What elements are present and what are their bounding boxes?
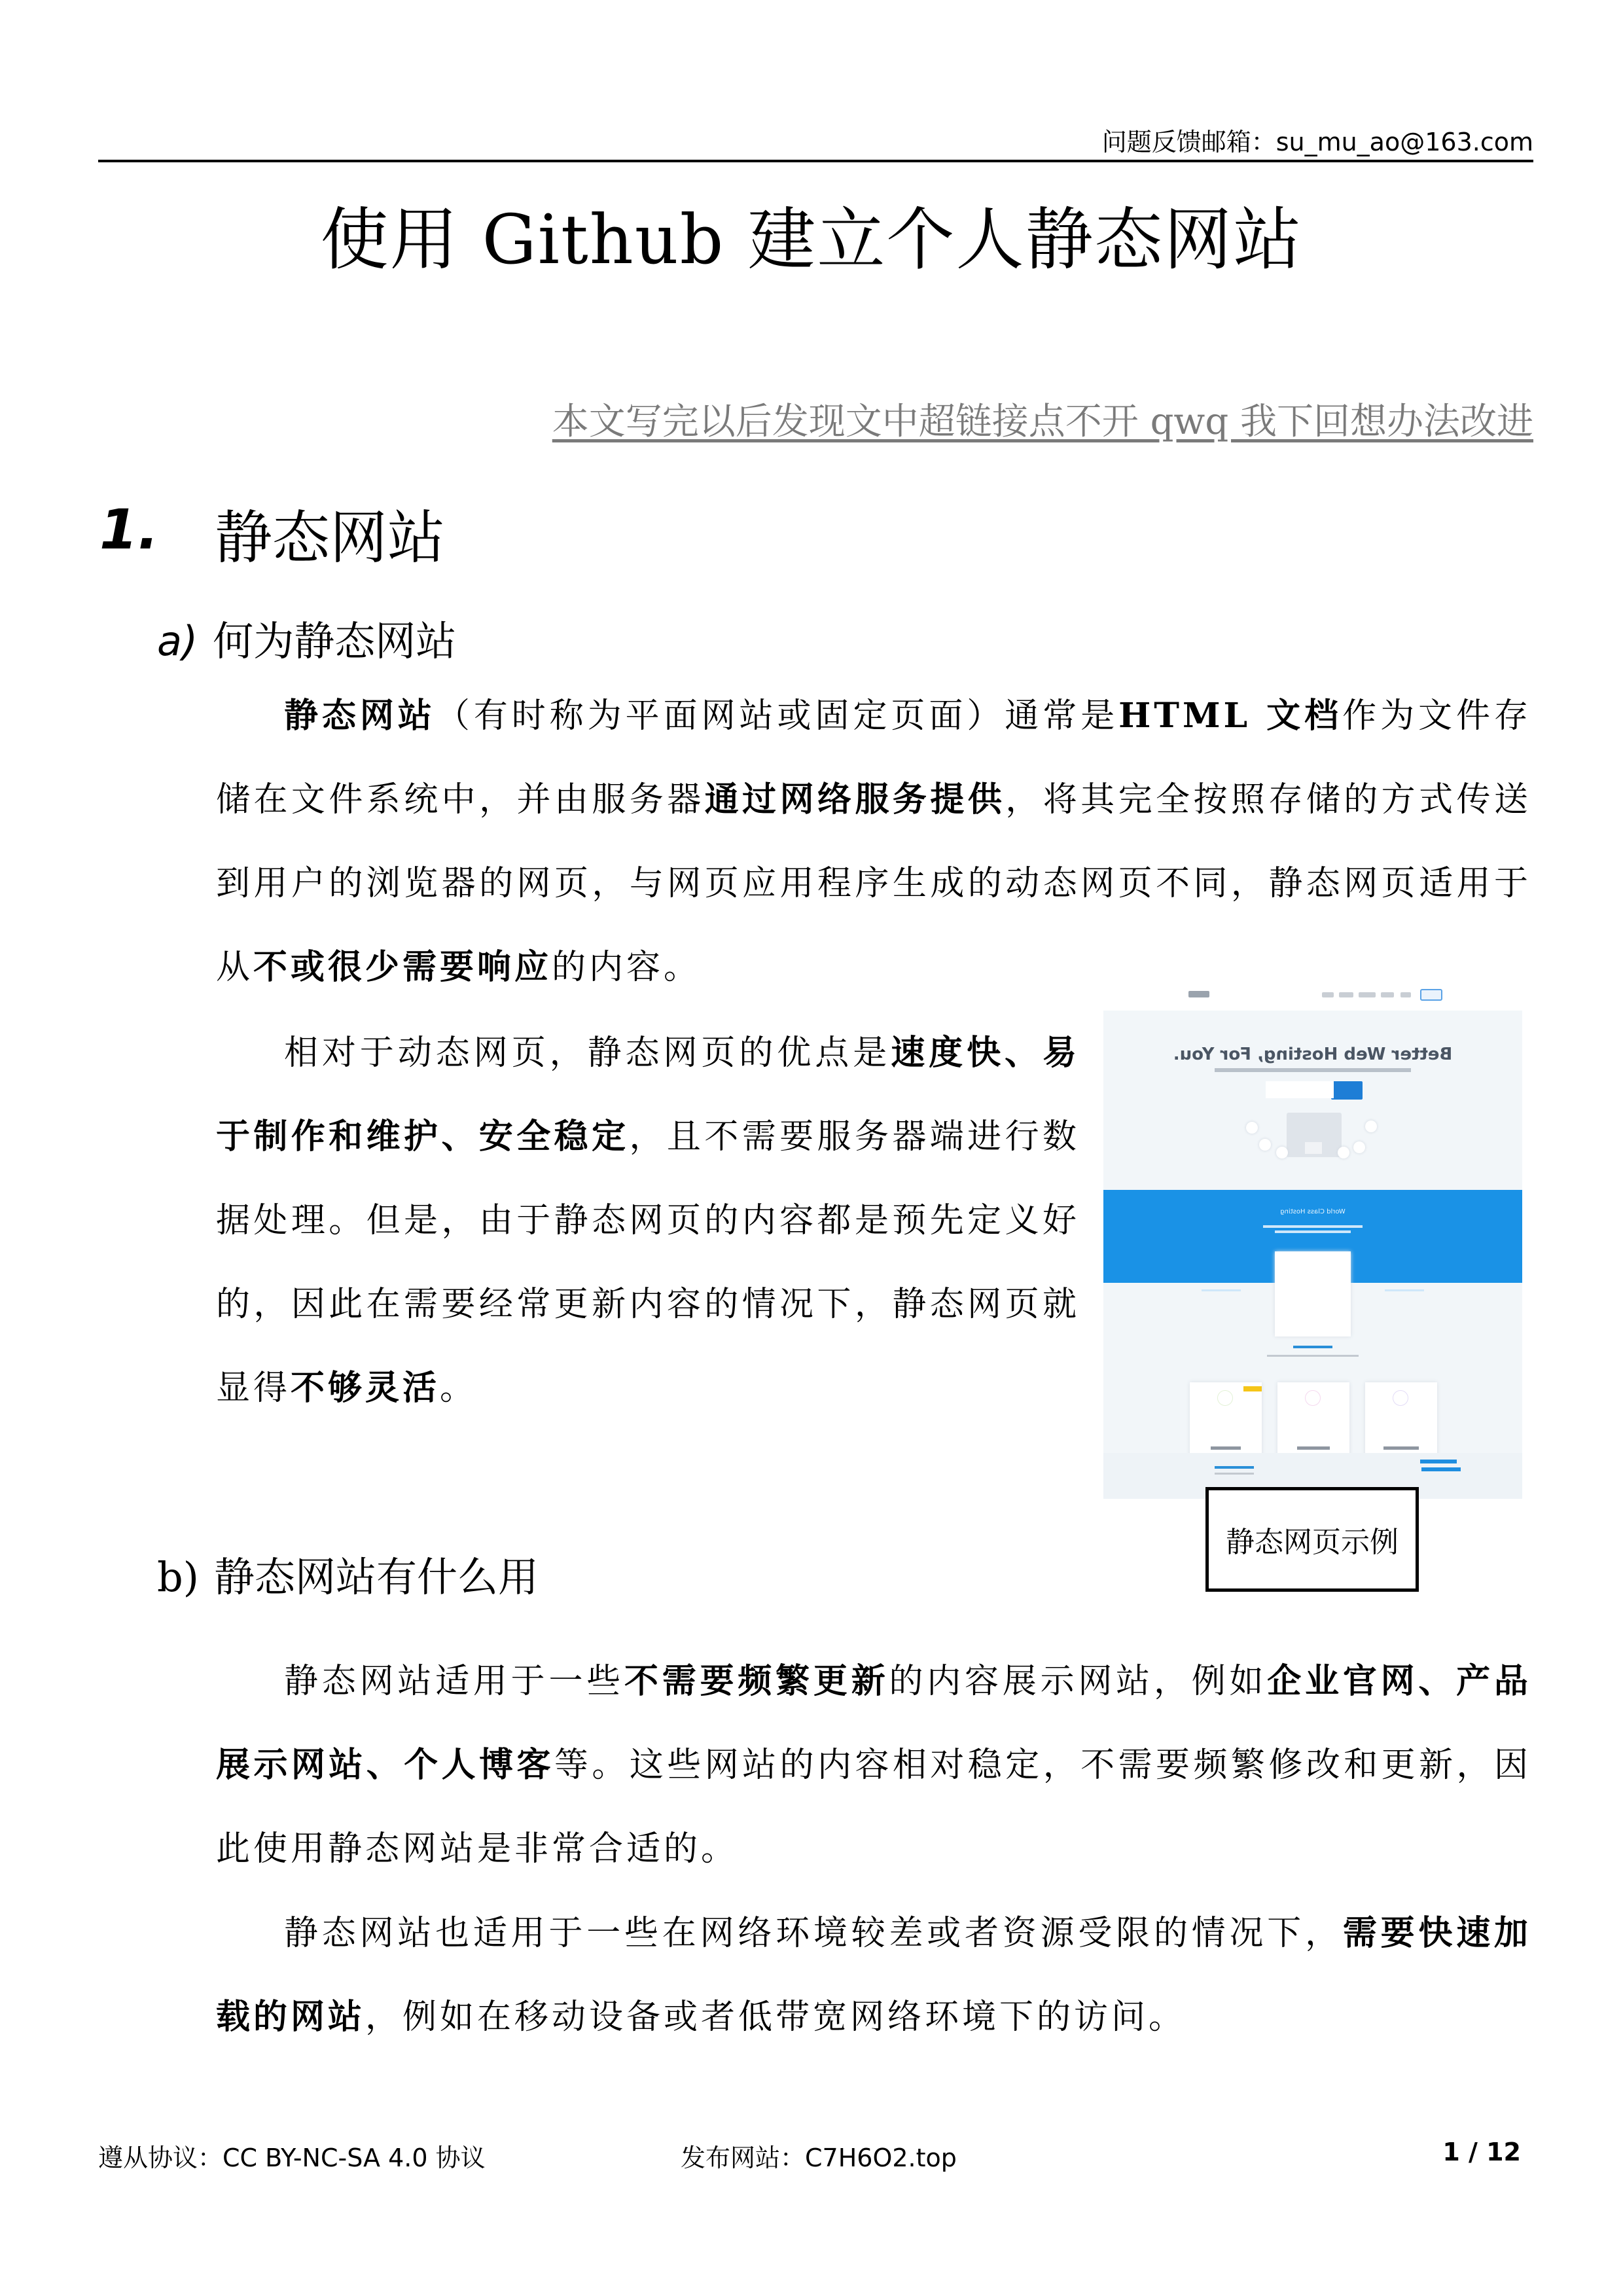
example-services-title — [1293, 1346, 1332, 1348]
header-divider — [98, 160, 1533, 162]
example-laptop-pad — [1305, 1142, 1322, 1154]
paragraph-low-bandwidth: 静态网站也适用于一些在网络环境较差或者资源受限的情况下，需要快速加载的网站，例如… — [216, 1892, 1531, 2059]
feedback-email: 问题反馈邮箱：su_mu_ao@163.com — [1102, 122, 1533, 158]
paragraph-definition: 静态网站（有时称为平面网站或固定页面）通常是HTML 文档作为文件存储在文件系统… — [216, 674, 1531, 1009]
example-nav-item — [1322, 992, 1334, 997]
body-text: （有时称为平面网站或固定页面）通常是 — [436, 696, 1118, 736]
example-ribbon — [1243, 1386, 1262, 1391]
example-chat-button — [1420, 989, 1442, 1001]
static-page-example-image: Better Web Hosting, For You. World Class… — [1103, 982, 1522, 1499]
example-blue-text — [1275, 1230, 1351, 1233]
body-text: 。 — [440, 1369, 477, 1408]
emphasis-text: 不需要频繁更新 — [624, 1661, 889, 1701]
emphasis-text: HTML 文档 — [1118, 696, 1342, 736]
body-text: ，例如在移动设备或者低带宽网络环境下的访问。 — [365, 1998, 1186, 2037]
emphasis-text: 通过网络服务提供 — [705, 780, 1006, 819]
example-nav-item — [1359, 992, 1376, 997]
example-domain-input — [1266, 1081, 1334, 1098]
subsection-a-label: a) — [157, 617, 198, 665]
emphasis-text: 不或很少需要响应 — [253, 947, 552, 987]
example-services-subtitle — [1267, 1355, 1359, 1357]
note-hyperlink[interactable]: 本文写完以后发现文中超链接点不开 qwq 我下回想办法改进 — [552, 393, 1533, 445]
mirrored-screenshot: Better Web Hosting, For You. World Class… — [1103, 982, 1522, 1499]
example-nav-item — [1339, 992, 1353, 997]
example-hero-subtitle — [1215, 1068, 1411, 1072]
page-number: 1 / 12 — [1442, 2138, 1521, 2166]
example-floating-icon — [1365, 1121, 1377, 1132]
footer-site: 发布网站：C7H6O2.top — [681, 2138, 957, 2174]
subsection-b-title: 静态网站有什么用 — [214, 1553, 539, 1601]
body-text: 静态网站适用于一些 — [284, 1662, 624, 1701]
example-feature-card — [1275, 1251, 1351, 1336]
subsection-a-heading: a) 何为静态网站 — [157, 609, 456, 667]
example-blue-text — [1263, 1225, 1363, 1228]
footer-license: 遵从协议：CC BY-NC-SA 4.0 协议 — [98, 2138, 486, 2174]
body-text: 相对于动态网页，静态网页的优点是 — [284, 1033, 891, 1073]
document-title: 使用 Github 建立个人静态网站 — [0, 185, 1623, 283]
example-floating-icon — [1338, 1147, 1349, 1158]
example-navbar — [1103, 982, 1522, 1011]
section-number: 1. — [99, 497, 158, 562]
body-text: 的内容展示网站，例如 — [889, 1662, 1267, 1701]
body-text: 的内容。 — [552, 948, 701, 987]
example-floating-icon — [1276, 1147, 1288, 1158]
example-blue-title: World Class Hosting — [1103, 1208, 1522, 1215]
example-floating-icon — [1246, 1122, 1258, 1134]
example-nav-item — [1381, 992, 1394, 997]
example-feature-text — [1202, 1289, 1241, 1291]
subsection-b-label: b) — [157, 1553, 199, 1601]
paragraph-use-cases: 静态网站适用于一些不需要频繁更新的内容展示网站，例如企业官网、产品展示网站、个人… — [216, 1640, 1531, 1891]
example-floating-icon — [1259, 1139, 1271, 1151]
example-logo — [1188, 991, 1209, 997]
paragraph-pros-cons: 相对于动态网页，静态网页的优点是速度快、易于制作和维护、安全稳定，且不需要服务器… — [216, 1011, 1080, 1430]
example-nav-item — [1400, 992, 1411, 997]
example-hero-title: Better Web Hosting, For You. — [1103, 1045, 1522, 1064]
body-text: 静态网站也适用于一些在网络环境较差或者资源受限的情况下， — [284, 1914, 1343, 1953]
section-title: 静态网站 — [215, 492, 445, 575]
emphasis-text: 不够灵活 — [291, 1368, 440, 1408]
example-get-started-button — [1331, 1081, 1363, 1100]
figure-caption: 静态网页示例 — [1205, 1487, 1419, 1592]
subsection-b-heading: b) 静态网站有什么用 — [157, 1545, 539, 1603]
example-floating-icon — [1353, 1141, 1365, 1153]
body-text: ，且不需要服务器端进行数据处理。但是，由于静态网页的内容都是预先定义好的，因此在… — [216, 1117, 1080, 1408]
subsection-a-title: 何为静态网站 — [213, 617, 456, 665]
emphasis-text: 静态网站 — [284, 696, 436, 736]
example-feature-text — [1385, 1289, 1424, 1291]
